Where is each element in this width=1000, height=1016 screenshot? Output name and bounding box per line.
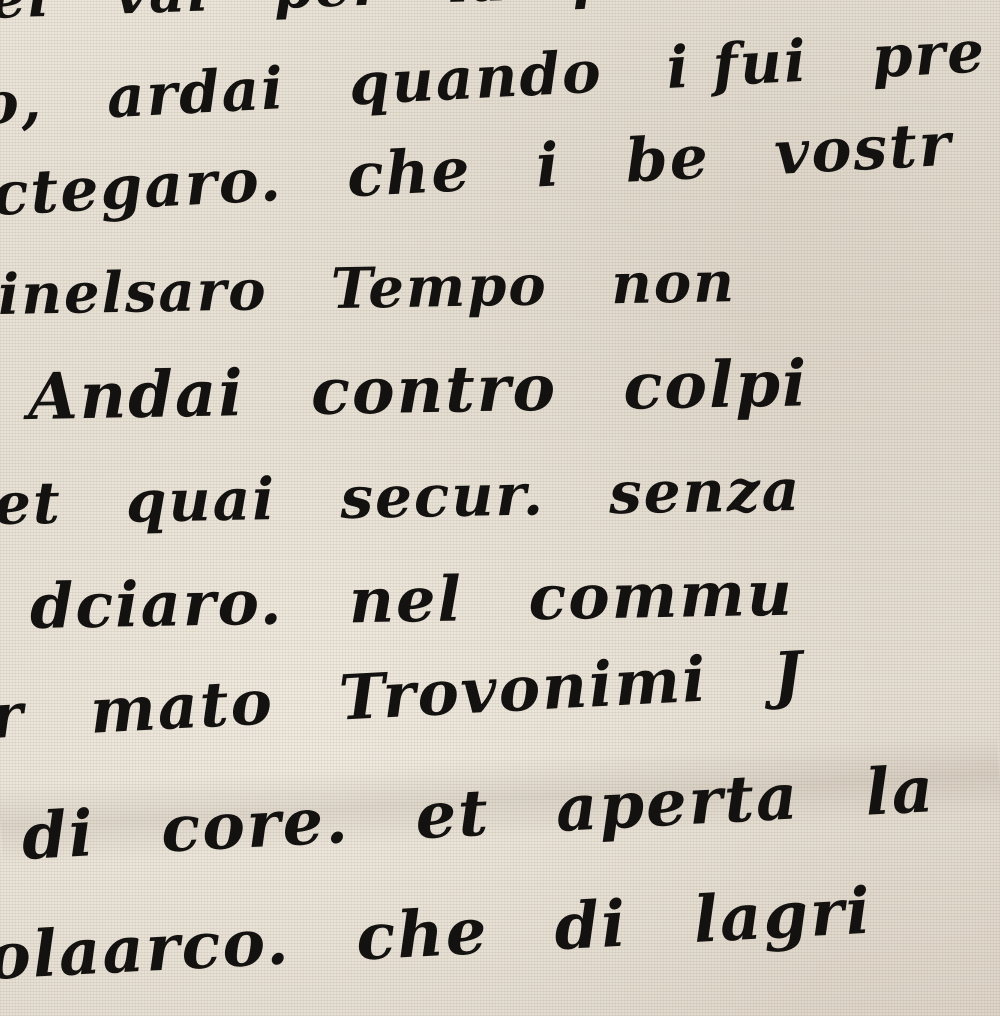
manuscript-line-7: dciaro. nel commu (29, 556, 836, 643)
manuscript-line-5: Andai contro colpi (27, 346, 851, 435)
manuscript-line-10: olaarco. che di lagri (0, 872, 916, 995)
manuscript-word: la (446, 0, 510, 16)
manuscript-word: inelsaro (0, 257, 268, 328)
manuscript-word: aperta (554, 759, 801, 847)
manuscript-word: colpi (623, 346, 809, 424)
manuscript-word: contro (310, 351, 557, 430)
manuscript-word: nel (348, 562, 463, 637)
manuscript-word: i (534, 130, 562, 201)
manuscript-line-9: di core. et aperta la (20, 750, 979, 875)
manuscript-word: o, (0, 67, 45, 138)
manuscript-word: che (354, 894, 490, 976)
manuscript-word: non (611, 249, 737, 317)
manuscript-word: J (771, 637, 806, 712)
manuscript-line-6: et quai secur. senza (0, 455, 844, 538)
manuscript-word: ardai (105, 54, 287, 131)
printed-fabric-photo: { "image": { "subject": "linen fabric pr… (0, 0, 1000, 1016)
manuscript-word: r (0, 678, 27, 753)
manuscript-word: vostr (773, 110, 954, 189)
manuscript-word: olaarco. (0, 904, 292, 995)
manuscript-word: di (553, 887, 630, 966)
manuscript-word: lagri (692, 874, 874, 958)
manuscript-word: secur. (340, 460, 546, 532)
manuscript-word: ctegaro. (0, 145, 284, 230)
manuscript-line-1: el vai per la pieta (0, 0, 784, 32)
manuscript-word: Andai (27, 356, 245, 435)
manuscript-word: et (413, 776, 491, 855)
manuscript-word: di (20, 796, 97, 875)
manuscript-word: i fui (665, 27, 810, 102)
manuscript-word: pieta (571, 0, 741, 12)
manuscript-word: Trovonimi (337, 642, 709, 734)
manuscript-line-8: r mato Trovonimi J (0, 635, 848, 753)
manuscript-word: commu (528, 557, 795, 635)
manuscript-word: et (0, 469, 62, 538)
manuscript-word: la (863, 752, 937, 831)
manuscript-word: be (624, 122, 712, 196)
manuscript-word: senza (608, 456, 801, 527)
manuscript-word: pre (870, 17, 987, 91)
manuscript-word: el (0, 0, 52, 32)
manuscript-word: vai (113, 0, 211, 28)
manuscript-word: quai (125, 465, 277, 536)
manuscript-line-4: inelsaro Tempo non (0, 248, 778, 328)
manuscript-word: dciaro. (29, 566, 284, 643)
manuscript-word: mato (88, 665, 275, 748)
manuscript-word: Tempo (330, 252, 548, 322)
manuscript-word: core. (159, 783, 351, 868)
manuscript-word: per (273, 0, 386, 22)
manuscript-word: che (345, 135, 473, 211)
manuscript-word: quando (347, 37, 604, 118)
